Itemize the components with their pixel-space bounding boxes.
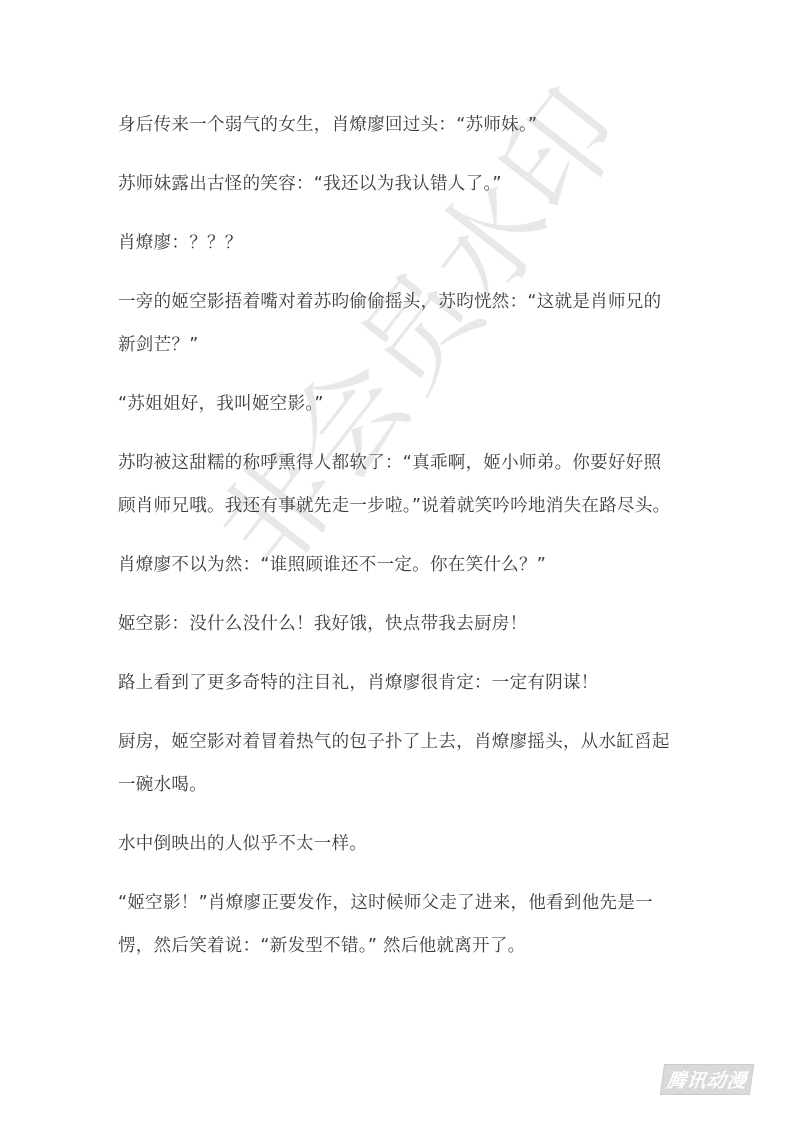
paragraph-10: 厨房，姬空影对着冒着热气的包子扑了上去，肖燎廖摇头，从水缸舀起一碗水喝。 bbox=[118, 721, 678, 807]
paragraph-9: 路上看到了更多奇特的注目礼，肖燎廖很肯定：一定有阴谋！ bbox=[118, 662, 678, 705]
paragraph-12: “姬空影！”肖燎廖正要发作，这时候师父走了进来，他看到他先是一愣，然后笑着说：“… bbox=[118, 882, 678, 968]
paragraph-4: 一旁的姬空影捂着嘴对着苏昀偷偷摇头，苏昀恍然：“这就是肖师兄的新剑芒？” bbox=[118, 281, 678, 367]
paragraph-1: 身后传来一个弱气的女生，肖燎廖回过头：“苏师妹。” bbox=[118, 104, 678, 147]
paragraph-8: 姬空影：没什么没什么！我好饿，快点带我去厨房！ bbox=[118, 603, 678, 646]
document-body: 身后传来一个弱气的女生，肖燎廖回过头：“苏师妹。” 苏师妹露出古怪的笑容：“我还… bbox=[118, 104, 678, 984]
publisher-logo: 腾讯动漫 bbox=[660, 1064, 754, 1095]
paragraph-2: 苏师妹露出古怪的笑容：“我还以为我认错人了。” bbox=[118, 163, 678, 206]
paragraph-3: 肖燎廖：？？？ bbox=[118, 222, 678, 265]
paragraph-5: “苏姐姐好，我叫姬空影。” bbox=[118, 383, 678, 426]
paragraph-6: 苏昀被这甜糯的称呼熏得人都软了：“真乖啊，姬小师弟。你要好好照顾肖师兄哦。我还有… bbox=[118, 442, 678, 528]
paragraph-7: 肖燎廖不以为然：“谁照顾谁还不一定。你在笑什么？” bbox=[118, 544, 678, 587]
paragraph-11: 水中倒映出的人似乎不太一样。 bbox=[118, 823, 678, 866]
